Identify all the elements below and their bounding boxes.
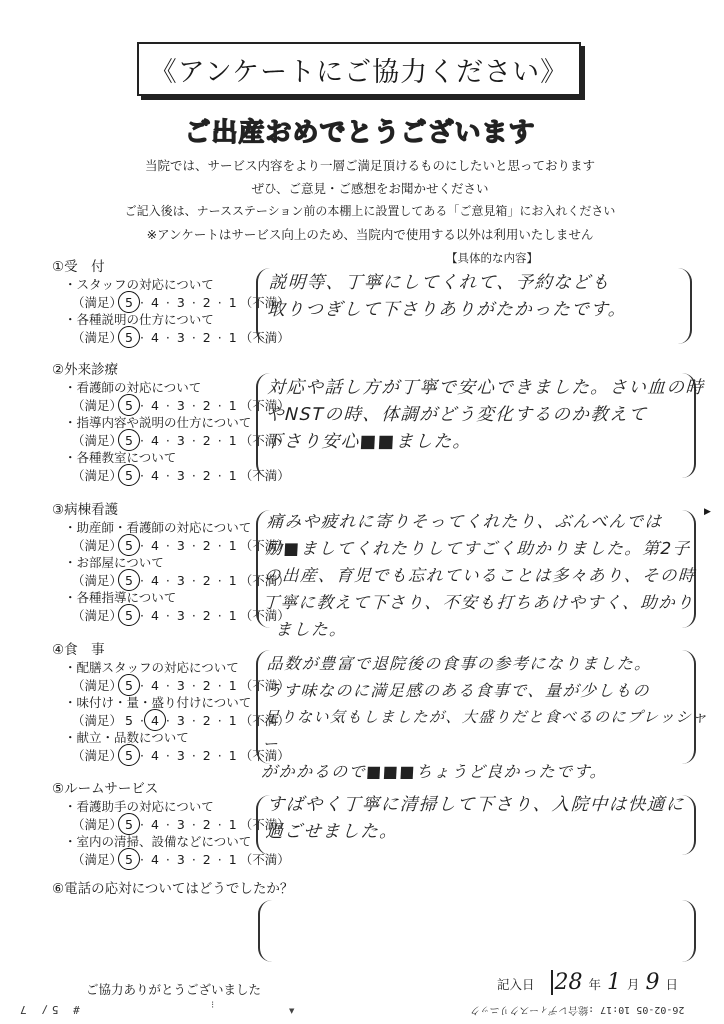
section-telephone-title: ⑥電話の応対についてはどうでしたか？ (52, 877, 293, 897)
section-title: ②外来診療 (52, 361, 290, 379)
rating-option-3[interactable]: 3 (174, 747, 188, 765)
rating-option-4[interactable]: 4 (148, 467, 162, 485)
rating-option-5[interactable]: 5 (122, 467, 136, 485)
rating-option-5[interactable]: 5 (122, 537, 136, 555)
comment-line: やNSTの時、体調がどう変化するのか教えて (265, 402, 703, 429)
scale-left-label: （満足） (72, 677, 122, 695)
rating-option-3[interactable]: 3 (174, 467, 188, 485)
scale-left-label: （満足） (72, 537, 122, 555)
scale-left-label: （満足） (72, 467, 122, 485)
day-unit: 日 (666, 975, 679, 993)
section-title: ③病棟看護 (52, 501, 290, 519)
survey-title: 《アンケートにご協力ください》 (137, 42, 581, 96)
rating-option-3[interactable]: 3 (174, 572, 188, 590)
rating-option-5[interactable]: 5 (122, 816, 136, 834)
rating-option-1[interactable]: 1 (226, 747, 240, 765)
intro-line: ※アンケートはサービス向上のため、当院内で使用する以外は利用いたしません (100, 223, 640, 246)
rating-option-1[interactable]: 1 (226, 329, 240, 347)
rating-option-4[interactable]: 4 (148, 537, 162, 555)
rating-option-2[interactable]: 2 (200, 537, 214, 555)
rating-option-4[interactable]: 4 (148, 607, 162, 625)
comment-box-telephone[interactable] (258, 900, 696, 962)
rating-option-4[interactable]: 4 (148, 572, 162, 590)
comment-ward-nursing: 痛みや疲れに寄りそってくれたり、ぶんべんでは 励■ましてくれたりしてすごく助かり… (260, 508, 699, 643)
rating-option-3[interactable]: 3 (174, 607, 188, 625)
entry-date: 記入日 28 年 1 月 9 日 (497, 970, 678, 995)
rating-option-4[interactable]: 4 (148, 294, 162, 312)
rating-option-1[interactable]: 1 (226, 294, 240, 312)
fax-marker-triangle-icon: ▶ (704, 507, 711, 517)
rating-option-2[interactable]: 2 (200, 677, 214, 695)
section-title: ④食 事 (52, 641, 290, 659)
scale-left-label: （満足） (72, 747, 122, 765)
rating-option-5[interactable]: 5 (122, 432, 136, 450)
rating-option-3[interactable]: 3 (174, 537, 188, 555)
rating-option-2[interactable]: 2 (200, 747, 214, 765)
rating-option-5[interactable]: 5 (122, 677, 136, 695)
rating-option-3[interactable]: 3 (174, 712, 188, 730)
rating-option-4[interactable]: 4 (148, 432, 162, 450)
section-title: ①受 付 (52, 258, 290, 276)
year-unit: 年 (589, 975, 602, 993)
comment-line: ました。 (274, 616, 693, 643)
comment-room-service: すばやく丁寧に清掃して下さり、入院中は快適に 過ごせました。 (265, 792, 686, 846)
intro-line: 当院では、サービス内容をより一層ご満足頂けるものにしたいと思っております (100, 154, 640, 177)
rating-option-5[interactable]: 5 (122, 712, 136, 730)
comment-line: 足りない気もしましたが、大盛りだと食べるのにプレッシャー (262, 704, 724, 758)
scale-left-label: （満足） (72, 607, 122, 625)
congratulations-heading: ご出産おめでとうございます (180, 112, 540, 149)
scale-left-label: （満足） (72, 572, 122, 590)
section-ward-nursing: ③病棟看護 ・助産師・看護師の対応について （満足）5 · 4 · 3 · 2 … (52, 501, 290, 624)
fax-header-text: 26-02-05 10:17 :総合レディースクリニック (470, 1004, 684, 1019)
rating-option-4[interactable]: 4 (148, 329, 162, 347)
rating-option-5[interactable]: 5 (122, 397, 136, 415)
rating-option-2[interactable]: 2 (200, 851, 214, 869)
scale-left-label: （満足） (72, 294, 122, 312)
rating-option-1[interactable]: 1 (226, 677, 240, 695)
rating-option-4[interactable]: 4 (148, 851, 162, 869)
rating-option-3[interactable]: 3 (174, 851, 188, 869)
rating-option-3[interactable]: 3 (174, 329, 188, 347)
rating-option-2[interactable]: 2 (200, 432, 214, 450)
comment-line: がかかるので■■■ちょうど良かったです。 (260, 758, 721, 785)
comment-line: 励■ましてくれたりしてすごく助かりました。第2子 (265, 535, 698, 562)
rating-option-1[interactable]: 1 (226, 712, 240, 730)
rating-option-2[interactable]: 2 (200, 816, 214, 834)
rating-option-2[interactable]: 2 (200, 467, 214, 485)
rating-option-5[interactable]: 5 (122, 851, 136, 869)
rating-option-1[interactable]: 1 (226, 607, 240, 625)
comment-reception: 説明等、丁寧にしてくれて、予約なども 取りつぎして下さりありがたかったです。 (267, 270, 629, 324)
rating-option-4[interactable]: 4 (148, 712, 162, 730)
rating-option-2[interactable]: 2 (200, 294, 214, 312)
rating-option-4[interactable]: 4 (148, 816, 162, 834)
rating-option-2[interactable]: 2 (200, 572, 214, 590)
rating-option-1[interactable]: 1 (226, 397, 240, 415)
rating-option-5[interactable]: 5 (122, 747, 136, 765)
rating-option-1[interactable]: 1 (226, 851, 240, 869)
rating-option-2[interactable]: 2 (200, 397, 214, 415)
comment-line: 下さり安心■■ました。 (264, 429, 702, 456)
section-room-service: ⑤ルームサービス ・看護助手の対応について （満足）5 · 4 · 3 · 2 … (52, 780, 290, 868)
rating-option-5[interactable]: 5 (122, 607, 136, 625)
scale-left-label: （満足） (72, 397, 122, 415)
survey-title-text: 《アンケートにご協力ください》 (150, 50, 568, 89)
rating-option-5[interactable]: 5 (122, 572, 136, 590)
comment-line: すばやく丁寧に清掃して下さり、入院中は快適に (266, 792, 685, 819)
fax-page-number: # 5/ 7 (16, 1003, 80, 1016)
rating-option-3[interactable]: 3 (174, 816, 188, 834)
scale-left-label: （満足） (72, 432, 122, 450)
rating-option-1[interactable]: 1 (226, 572, 240, 590)
rating-option-4[interactable]: 4 (148, 747, 162, 765)
comment-line: 品数が豊富で退院後の食事の参考になりました。 (266, 650, 724, 677)
section-reception: ①受 付 ・スタッフの対応について （満足）5 · 4 · 3 · 2 · 1 … (52, 258, 290, 346)
intro-line: ご記入後は、ナースステーション前の本棚上に設置してある「ご意見箱」にお入れくださ… (100, 200, 640, 223)
intro-line: ぜひ、ご意見・ご感想をお聞かせください (100, 177, 640, 200)
fax-dot-mark: ⁝ (211, 1000, 214, 1011)
rating-option-1[interactable]: 1 (226, 537, 240, 555)
rating-option-2[interactable]: 2 (200, 329, 214, 347)
section-title: ⑤ルームサービス (52, 780, 290, 798)
section-outpatient: ②外来診療 ・看護師の対応について （満足）5 · 4 · 3 · 2 · 1 … (52, 361, 290, 484)
rating-option-1[interactable]: 1 (226, 432, 240, 450)
rating-option-3[interactable]: 3 (174, 677, 188, 695)
rating-option-3[interactable]: 3 (174, 397, 188, 415)
comment-line: の出産、育児でも忘れていることは多々あり、その時 (263, 562, 696, 589)
rating-option-1[interactable]: 1 (226, 816, 240, 834)
month-unit: 月 (627, 975, 640, 993)
rating-option-1[interactable]: 1 (226, 467, 240, 485)
entry-date-label: 記入日 (497, 975, 535, 993)
rating-option-3[interactable]: 3 (174, 294, 188, 312)
scale-left-label: （満足） (72, 329, 122, 347)
comment-line: うす味なのに満足感のある食事で、量が少しもの (265, 677, 724, 704)
thank-you-text: ご協力ありがとうございました (86, 980, 261, 998)
specific-content-label: 【具体的な内容】 (446, 250, 538, 266)
entry-day[interactable]: 9 (646, 970, 660, 995)
comment-line: 痛みや疲れに寄りそってくれたり、ぶんべんでは (266, 508, 699, 535)
entry-year[interactable]: 28 (551, 970, 583, 995)
rating-option-2[interactable]: 2 (200, 712, 214, 730)
rating-option-2[interactable]: 2 (200, 607, 214, 625)
scale-left-label: （満足） (72, 712, 122, 730)
comment-line: 丁寧に教えて下さり、不安も打ちあけやすく、助かり (262, 589, 695, 616)
rating-option-5[interactable]: 5 (122, 329, 136, 347)
entry-month[interactable]: 1 (607, 970, 621, 995)
comment-line: 取りつぎして下さりありがたかったです。 (267, 297, 628, 324)
intro-text: 当院では、サービス内容をより一層ご満足頂けるものにしたいと思っております ぜひ、… (100, 154, 640, 246)
rating-option-3[interactable]: 3 (174, 432, 188, 450)
comment-meals: 品数が豊富で退院後の食事の参考になりました。 うす味なのに満足感のある食事で、量… (260, 650, 724, 785)
scale-left-label: （満足） (72, 816, 122, 834)
comment-line: 過ごせました。 (265, 819, 684, 846)
comment-outpatient: 対応や話し方が丁寧で安心できました。さい血の時 やNSTの時、体調がどう変化する… (264, 375, 705, 456)
section-meals: ④食 事 ・配膳スタッフの対応について （満足）5 · 4 · 3 · 2 · … (52, 641, 290, 764)
comment-line: 対応や話し方が丁寧で安心できました。さい血の時 (267, 375, 705, 402)
scale-left-label: （満足） (72, 851, 122, 869)
rating-option-5[interactable]: 5 (122, 294, 136, 312)
fax-triangle-icon: ▼ (289, 1007, 294, 1015)
rating-option-4[interactable]: 4 (148, 677, 162, 695)
comment-line: 説明等、丁寧にしてくれて、予約なども (268, 270, 629, 297)
rating-scale[interactable]: （満足）5 · 4 · 3 · 2 · 1 （不満） (72, 851, 290, 869)
rating-option-4[interactable]: 4 (148, 397, 162, 415)
